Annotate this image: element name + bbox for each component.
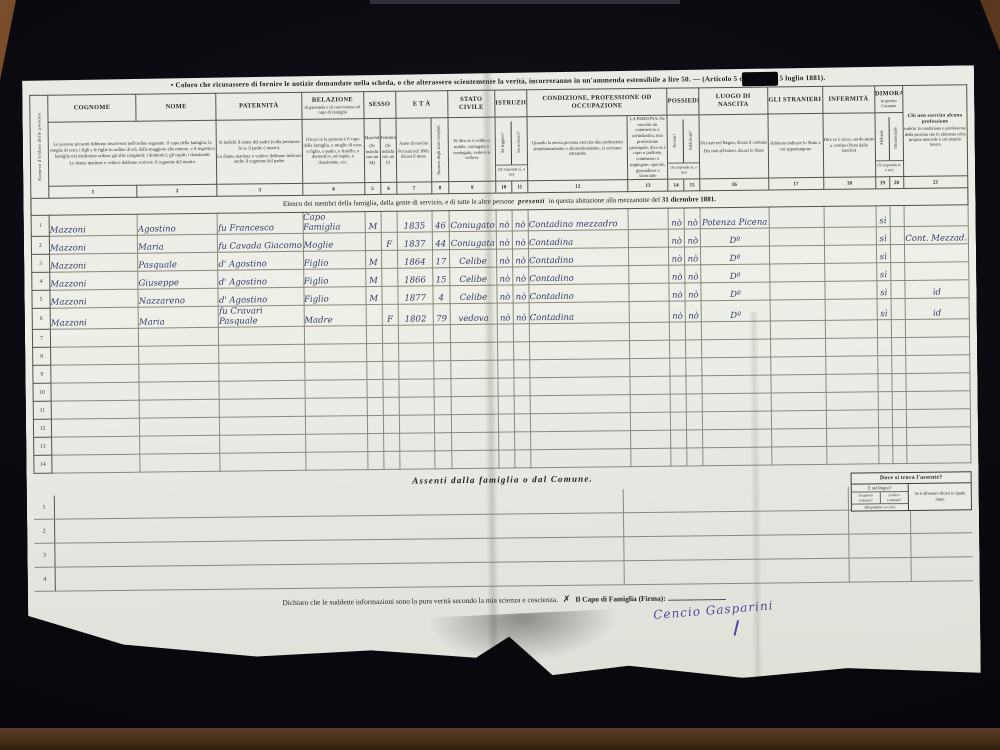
- cell-stato-civile: [450, 324, 497, 343]
- cell-nome: [140, 417, 220, 436]
- cell-anni-compiuti: [434, 397, 451, 415]
- cell-stato-civile: Celibe: [450, 285, 497, 304]
- cell-chi-non-esercita: [904, 205, 968, 227]
- cell-stranieri: [770, 338, 825, 357]
- cell-dimora-abituale: [878, 428, 892, 446]
- cell-stato-civile: Coniugato: [449, 210, 496, 232]
- cell-luogo-nascita: [703, 393, 771, 412]
- cell-chi-non-esercita: [906, 409, 970, 428]
- sesso-f-label: Femminile: [380, 135, 395, 141]
- cell-luogo-nascita: [703, 447, 771, 466]
- cell-dimora-occasionale: [890, 263, 904, 281]
- cell-sa-scrivere: [513, 324, 529, 342]
- cell-fabbricati: [687, 412, 703, 430]
- col-header-istruzione: ISTRUZIONE: [495, 90, 527, 117]
- cognome-note-1: Le persone presenti debbono inscriversi …: [49, 140, 217, 159]
- header-notes-row: Le persone presenti debbono inscriversi …: [30, 112, 968, 187]
- sa-scrivere-label: Sa scrivere?: [517, 132, 522, 153]
- col-header-stato-civile: STATO CIVILE: [448, 90, 495, 118]
- cell-sa-scrivere: [514, 342, 530, 360]
- cell-paternita: fu Cravari Pasquale: [218, 305, 303, 327]
- sa-leggere-label: Sa leggere?: [501, 132, 506, 152]
- cell-dimora-occasionale: [890, 245, 904, 263]
- cell-sesso-m: M: [365, 212, 381, 233]
- assenti-cell-estero: [910, 509, 972, 534]
- signer-label: Il Capo di Famiglia: [575, 594, 637, 604]
- colnum-9: 9: [449, 181, 496, 194]
- banner-emphasis: presenti: [516, 197, 547, 205]
- cell-fabbricati: nò: [685, 247, 701, 265]
- cell-dimora-occasionale: [890, 206, 904, 227]
- row-number: 7: [32, 329, 50, 347]
- cell-stato-civile: [452, 450, 499, 469]
- colnum-20: 20: [889, 177, 903, 189]
- row-number: 1: [31, 215, 49, 236]
- cell-anno-nascita: [398, 325, 433, 343]
- cell-paternita: d' Agostino: [218, 287, 303, 306]
- cell-terreni: nò: [669, 301, 685, 322]
- cell-stato-civile: [451, 360, 498, 379]
- cell-fabbricati: nò: [685, 283, 701, 301]
- cognome-note-2: Le donne maritate o vedove debbono scriv…: [49, 159, 216, 167]
- cell-infermita: [826, 392, 878, 411]
- dimora-title: DIMORA: [875, 90, 903, 97]
- firma-label: (Firma):: [639, 594, 666, 603]
- row-number: 3: [32, 254, 50, 272]
- cell-chi-non-esercita: id: [905, 298, 969, 320]
- banner-date: 31 dicembre 1881.: [662, 195, 716, 204]
- note-condizione: Quando la stessa persona esercita due pr…: [527, 116, 628, 181]
- cell-paternita: [220, 416, 305, 435]
- cell-dimora-abituale: sì: [876, 227, 890, 245]
- cell-sa-scrivere: nò: [512, 249, 528, 267]
- cell-infermita: [824, 263, 876, 282]
- cell-relazione: Moglie: [303, 233, 365, 252]
- note-dimora: Abituale Occasionale (Si risponda sì, o …: [875, 113, 904, 177]
- row-number: 3: [34, 543, 55, 567]
- cell-sesso-m: [365, 233, 381, 251]
- col-header-condizione: CONDIZIONE, PROFESSIONE OD OCCUPAZIONE: [527, 88, 668, 117]
- cell-stato-civile: [450, 342, 497, 361]
- cell-infermita: [824, 206, 876, 228]
- cell-chi-non-esercita: [905, 319, 969, 338]
- cell-luogo-nascita: [702, 357, 770, 376]
- cell-fabbricati: [687, 448, 703, 466]
- note-infermita: Dire se è cieco, sordo-muto o cretino (N…: [823, 113, 876, 178]
- cell-cognome: Mazzoni: [50, 307, 138, 329]
- cell-dimora-occasionale: [891, 320, 905, 338]
- cell-sesso-m: M: [365, 251, 381, 269]
- cell-la-persona: [628, 229, 668, 247]
- col-header-relazione: RELAZIONEdi parentela o di convivenza co…: [301, 92, 363, 120]
- row-number: 14: [34, 455, 52, 473]
- cell-anni-compiuti: [434, 379, 451, 397]
- cell-stato-civile: Celibe: [449, 249, 496, 268]
- cell-stranieri: [769, 206, 824, 228]
- assenti-rows: 1 2 3 4: [34, 485, 973, 591]
- cell-stato-civile: vedova: [450, 303, 497, 325]
- cell-infermita: [825, 299, 877, 321]
- cell-relazione: [305, 380, 367, 399]
- cell-nome: Maria: [138, 306, 218, 328]
- note-eta-anno: Anno di nascitaPei nati nel 1881 dicasi …: [396, 118, 432, 182]
- cell-cognome: Mazzoni: [50, 271, 138, 290]
- cell-anno-nascita: [399, 379, 434, 397]
- cell-nome: [139, 363, 219, 382]
- assenti-table: 1 2 3 4: [34, 485, 973, 592]
- fabbricati-label: Fabbricati?: [689, 131, 694, 151]
- cell-la-persona: [630, 394, 670, 412]
- cell-la-persona: [629, 283, 669, 301]
- cell-sesso-f: F: [381, 232, 397, 250]
- colnum-19: 19: [875, 177, 889, 189]
- cell-anni-compiuti: 44: [432, 232, 449, 250]
- colnum-13: 13: [628, 179, 668, 191]
- cell-la-persona: [629, 301, 669, 322]
- cell-infermita: [825, 356, 877, 375]
- cell-terreni: nò: [669, 247, 685, 265]
- cell-sesso-m: [367, 434, 383, 452]
- cell-chi-non-esercita: Cont. Mezzad.: [904, 226, 968, 245]
- cell-professione: [530, 359, 630, 378]
- cell-dimora-abituale: [877, 338, 891, 356]
- cell-sesso-f: [382, 286, 398, 304]
- colnum-1: 1: [49, 185, 137, 198]
- cell-sesso-f: [383, 397, 399, 415]
- cell-cognome: Mazzoni: [50, 253, 138, 272]
- colnum-15: 15: [684, 179, 700, 191]
- cell-cognome: [51, 364, 139, 383]
- cell-paternita: [220, 398, 305, 417]
- cell-sesso-f: [383, 433, 399, 451]
- cell-nome: Giuseppe: [138, 270, 218, 289]
- cell-nome: Nazzareno: [138, 288, 218, 307]
- cell-sa-leggere: [498, 396, 514, 414]
- colnum-5: 5: [364, 183, 380, 195]
- colnum-2: 2: [137, 184, 217, 197]
- cell-relazione: [305, 452, 367, 471]
- cell-sesso-f: [382, 361, 398, 379]
- cell-anno-nascita: 1864: [397, 250, 432, 268]
- relazione-title: RELAZIONE: [312, 96, 353, 103]
- assenti-cell-mid: [624, 534, 849, 561]
- eta-anni-label: Numero degli anni compiuti: [437, 125, 442, 175]
- cell-professione: [531, 449, 631, 468]
- cell-anni-compiuti: [433, 325, 450, 343]
- cell-anni-compiuti: [435, 451, 452, 469]
- cell-chi-non-esercita: [905, 337, 969, 356]
- cell-stranieri: [770, 320, 825, 339]
- cell-professione: Contadina: [528, 230, 628, 249]
- cell-cognome: [51, 346, 139, 365]
- cell-dimora-abituale: sì: [876, 245, 890, 263]
- note-sesso-m: Maschile(Si indichi con un M): [364, 118, 381, 182]
- cell-sa-leggere: nò: [497, 267, 513, 285]
- cell-stranieri: [770, 356, 825, 375]
- cell-fabbricati: [686, 376, 702, 394]
- cell-infermita: [826, 446, 878, 465]
- colnum-7: 7: [396, 182, 431, 194]
- cell-relazione: Figlio: [303, 269, 365, 288]
- cell-terreni: [670, 358, 686, 376]
- cell-la-persona: [631, 412, 671, 430]
- cell-infermita: [824, 245, 876, 264]
- note-possiede: Terreni? Fabbricati? (Si risponda sì, o …: [667, 115, 700, 179]
- dimora-note: (Si risponda sì, o no): [876, 160, 903, 173]
- colnum-17: 17: [768, 177, 823, 190]
- cell-dimora-occasionale: [892, 392, 906, 410]
- cell-nome: [140, 435, 220, 454]
- cell-paternita: [219, 380, 304, 399]
- signature-flourish: [733, 620, 739, 636]
- assenti-cell-main: [55, 561, 624, 591]
- cell-paternita: d' Agostino: [218, 251, 303, 270]
- cell-anno-nascita: [399, 397, 434, 415]
- cell-luogo-nascita: Dº: [701, 300, 769, 322]
- assenti-section: Assenti dalla famiglia o dal Comune. Dov…: [34, 469, 973, 592]
- cell-paternita: d' Agostino: [218, 269, 303, 288]
- cell-luogo-nascita: Dº: [701, 246, 769, 265]
- cell-terreni: [671, 430, 687, 448]
- cell-stranieri: [770, 374, 825, 393]
- cell-fabbricati: nò: [685, 229, 701, 247]
- abituale-label: Abituale: [879, 131, 884, 146]
- cell-sa-scrivere: [514, 360, 530, 378]
- cell-terreni: [670, 322, 686, 340]
- cell-anni-compiuti: 46: [432, 211, 449, 232]
- banner-rest: in questa abitazione alla mezzanotte del: [549, 196, 660, 205]
- cell-dimora-abituale: [878, 446, 892, 464]
- cell-cognome: [51, 382, 139, 401]
- colnum-4: 4: [302, 183, 364, 196]
- cell-infermita: [826, 374, 878, 393]
- cell-la-persona: [628, 208, 668, 229]
- sa-scrivere-cell: Sa scrivere?: [511, 121, 528, 164]
- cell-dimora-occasionale: [892, 374, 906, 392]
- cell-anni-compiuti: [434, 361, 451, 379]
- cell-sesso-m: [366, 305, 382, 326]
- cell-dimora-occasionale: [891, 281, 905, 299]
- cell-anni-compiuti: [433, 343, 450, 361]
- cell-dimora-occasionale: [892, 410, 906, 428]
- cell-stranieri: [769, 263, 824, 282]
- cell-cognome: [52, 454, 140, 473]
- chi-non-note: indichi la condizione o professione dell…: [903, 126, 966, 148]
- cell-professione: [531, 431, 631, 450]
- cell-stato-civile: [451, 432, 498, 451]
- col-header-paternita: PATERNITÀ: [216, 92, 301, 120]
- altro-comune-question: in altro comune?: [879, 492, 908, 504]
- cell-dimora-abituale: sì: [876, 206, 890, 227]
- cell-professione: Contadina: [529, 302, 629, 324]
- col-header-luogo-nascita: LUOGO DI NASCITA: [699, 87, 767, 115]
- cell-dimora-abituale: sì: [877, 299, 891, 320]
- cell-infermita: [826, 428, 878, 447]
- row-number: 5: [32, 290, 50, 308]
- row-number: 10: [33, 383, 51, 401]
- cell-sa-scrivere: nò: [512, 210, 528, 231]
- col-header-eta: E T À: [395, 91, 447, 119]
- cell-chi-non-esercita: [905, 355, 969, 374]
- head-of-family-signature: Cencio Gasparini: [653, 598, 774, 622]
- cell-anni-compiuti: 79: [433, 304, 450, 325]
- census-table: Numero d'ordine delle persone COGNOME NO…: [29, 84, 971, 474]
- row-number: 12: [33, 419, 51, 437]
- cell-relazione: Figlio: [303, 287, 365, 306]
- sa-leggere-cell: Sa leggere?: [495, 121, 511, 164]
- cell-fabbricati: nò: [684, 208, 700, 229]
- cell-stranieri: [770, 299, 825, 321]
- questo-comune-question: in questo comune?: [852, 492, 880, 504]
- possiede-note: (Si risponda sì, o no): [668, 162, 699, 175]
- colnum-3: 3: [217, 183, 302, 196]
- cell-infermita: [824, 281, 876, 300]
- terreni-label: Terreni?: [673, 133, 678, 148]
- cell-infermita: [825, 320, 877, 339]
- cell-stranieri: [771, 392, 826, 411]
- cell-cognome: [51, 418, 139, 437]
- row-number: 2: [34, 519, 55, 543]
- cell-dimora-abituale: [877, 320, 891, 338]
- cell-fabbricati: [686, 394, 702, 412]
- cell-stato-civile: [451, 396, 498, 415]
- cell-luogo-nascita: [703, 411, 771, 430]
- cell-anni-compiuti: 4: [433, 286, 450, 304]
- note-sesso-f: Femminile(Si indichi con un F): [380, 118, 397, 182]
- cell-paternita: fu Cavada Giacomo: [218, 233, 303, 252]
- colnum-16: 16: [700, 178, 768, 191]
- cell-paternita: fu Francesco: [217, 212, 302, 234]
- cell-sa-leggere: nò: [497, 303, 513, 324]
- cell-la-persona: [630, 358, 670, 376]
- colnum-11: 11: [512, 181, 528, 193]
- cell-nome: Pasquale: [138, 252, 218, 271]
- abituale-cell: Abituale: [875, 117, 889, 160]
- corner-label: Numero d'ordine delle persone: [36, 113, 42, 181]
- cell-sesso-f: [382, 325, 398, 343]
- whereabouts-regno-block: È nel Regno? in questo comune? in altro …: [852, 484, 909, 511]
- person-rows: 1 Mazzoni Agostino fu Francesco Capo Fam…: [31, 205, 971, 474]
- cell-la-persona: [629, 265, 669, 283]
- cell-stato-civile: Coniugata: [449, 231, 496, 250]
- cell-sa-leggere: [498, 414, 514, 432]
- cell-dimora-occasionale: [892, 446, 906, 464]
- corner-cell: Numero d'ordine delle persone: [30, 95, 49, 198]
- col-header-nome: NOME: [136, 93, 216, 121]
- cell-cognome: Mazzoni: [49, 235, 137, 254]
- cell-stato-civile: [451, 414, 498, 433]
- cell-anni-compiuti: [434, 415, 451, 433]
- cell-luogo-nascita: Potenza Picena: [700, 207, 768, 229]
- col-header-cognome: COGNOME: [48, 94, 136, 122]
- cell-luogo-nascita: [702, 321, 770, 340]
- cell-sa-scrivere: [515, 450, 531, 468]
- terreni-cell: Terreni?: [668, 119, 684, 162]
- cell-professione: [530, 341, 630, 360]
- cell-dimora-abituale: [878, 392, 892, 410]
- row-number: 13: [34, 437, 52, 455]
- row-number: 4: [32, 272, 50, 290]
- cell-sa-leggere: [497, 324, 513, 342]
- cell-infermita: [825, 338, 877, 357]
- cell-relazione: [305, 398, 367, 417]
- occasionale-label: Occasionale: [893, 127, 898, 149]
- assenti-cell-mid: [624, 510, 849, 537]
- cell-terreni: [671, 412, 687, 430]
- cell-stranieri: [769, 245, 824, 264]
- cell-anno-nascita: [399, 433, 434, 451]
- banner-lead: Elenco dei membri della famiglia, della …: [283, 198, 514, 209]
- cell-relazione: [305, 416, 367, 435]
- colnum-18: 18: [823, 177, 875, 190]
- assenti-cell-estero: [911, 557, 973, 582]
- cell-sa-scrivere: nò: [513, 267, 529, 285]
- cell-nome: [139, 381, 219, 400]
- cell-sesso-f: [383, 379, 399, 397]
- cell-la-persona: [631, 430, 671, 448]
- colnum-14: 14: [668, 179, 684, 191]
- declaration: Dichiaro che le suddette informazioni so…: [35, 589, 973, 611]
- cell-sesso-m: [366, 344, 382, 362]
- luogo-note-1: Dei nati nel Regno, dicasi il comune: [700, 139, 767, 145]
- col-header-infermita: INFERMITÀ: [822, 86, 874, 114]
- cell-anno-nascita: [398, 343, 433, 361]
- cell-chi-non-esercita: id: [905, 280, 969, 299]
- cell-cognome: [50, 328, 138, 347]
- cell-terreni: nò: [669, 283, 685, 301]
- cell-dimora-occasionale: [891, 299, 905, 320]
- cell-anni-compiuti: 15: [432, 268, 449, 286]
- cell-relazione: Capo Famiglia: [303, 212, 365, 234]
- cell-professione: [530, 413, 630, 432]
- note-cognome-nome: Le persone presenti debbono inscriversi …: [48, 120, 217, 186]
- note-luogo: Dei nati nel Regno, dicasi il comuneDei …: [699, 114, 768, 179]
- cell-sesso-f: [381, 211, 397, 232]
- cell-professione: [529, 323, 629, 342]
- cell-stato-civile: Celibe: [450, 267, 497, 286]
- cell-nome: [139, 345, 219, 364]
- note-paternita: Si indichi il nome del padre (colla prem…: [216, 119, 302, 184]
- declaration-text: Dichiaro che le suddette informazioni so…: [282, 595, 558, 607]
- occasionale-cell: Occasionale: [888, 117, 903, 160]
- cell-sa-leggere: nò: [497, 285, 513, 303]
- colnum-21: 21: [903, 176, 967, 189]
- cell-dimora-occasionale: [890, 227, 904, 245]
- cell-anni-compiuti: 17: [432, 250, 449, 268]
- note-istruzione: Sa leggere? Sa scrivere? (Si risponda sì…: [495, 117, 528, 181]
- cell-terreni: nò: [669, 265, 685, 283]
- istruzione-note: (Si risponda sì, o no): [496, 164, 527, 177]
- cell-sesso-m: [366, 326, 382, 344]
- paper-holder-tab: [742, 72, 778, 87]
- eta-anno-title: Anno di nascita: [396, 140, 430, 146]
- cell-sesso-f: F: [382, 304, 398, 325]
- cell-anno-nascita: 1877: [398, 286, 433, 304]
- cell-luogo-nascita: [703, 429, 771, 448]
- cell-sesso-f: [383, 451, 399, 469]
- cell-sesso-f: [383, 415, 399, 433]
- row-number: 9: [33, 365, 51, 383]
- cell-sa-scrivere: [514, 414, 530, 432]
- cell-stranieri: [771, 410, 826, 429]
- cell-relazione: Figlio: [303, 251, 365, 270]
- cell-paternita: [219, 362, 304, 381]
- cell-nome: [140, 453, 220, 472]
- note-stranieri: debbono indicare lo Stato a cui apparten…: [767, 113, 823, 178]
- note-stato-civile: Si dica se è celibe o nubile, coniugato …: [448, 117, 496, 182]
- cell-terreni: [670, 340, 686, 358]
- note-relazione: Dicasi se la persona è il capo della fam…: [302, 119, 365, 184]
